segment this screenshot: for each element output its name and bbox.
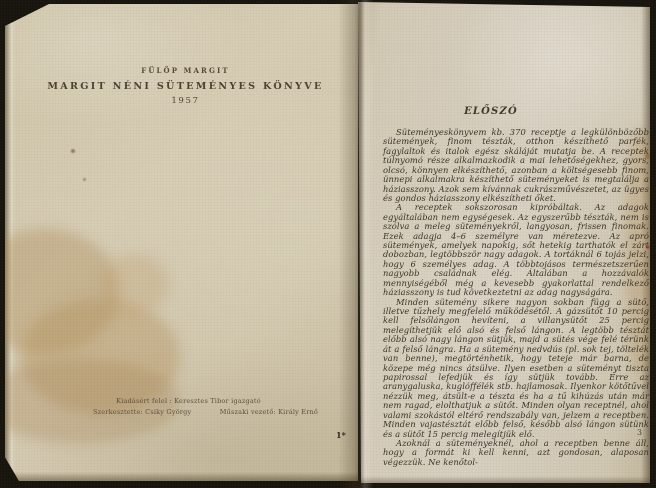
foreword-paragraph: Minden sütemény sikere nagyon sokban füg… [383,298,649,439]
stain-blot [100,254,170,314]
colophon-technical-lead: Műszaki vezető: Király Ernő [220,408,318,416]
colophon-editor: Szerkesztette: Csiky György [93,408,191,416]
left-page: FÜLÖP MARGIT MARGIT NÉNI SÜTEMÉNYES KÖNY… [5,4,358,481]
author-name: FÜLÖP MARGIT [9,66,362,75]
foreword-paragraph: Azoknál a süteményeknél, ahol a receptbe… [383,439,649,467]
stain-blot [0,229,120,354]
book-scan: FÜLÖP MARGIT MARGIT NÉNI SÜTEMÉNYES KÖNY… [0,0,656,488]
foreword-body: Süteményeskönyvem kb. 370 receptje a leg… [383,128,649,467]
signature-mark: 1* [336,430,346,440]
colophon-publisher-line: Kiadásért felel : Keresztes Tibor igazga… [5,397,358,405]
title-block: FÜLÖP MARGIT MARGIT NÉNI SÜTEMÉNYES KÖNY… [9,66,362,106]
foreword-paragraph: Süteményeskönyvem kb. 370 receptje a leg… [383,128,649,203]
foreword-paragraph: A receptek sokszorosan kipróbáltak. Az a… [383,203,649,297]
page-number: 3 [637,428,642,437]
paper-speck [83,178,86,181]
book-title: MARGIT NÉNI SÜTEMÉNYES KÖNYVE [9,81,362,92]
right-page: ELŐSZÓ Süteményeskönyvem kb. 370 receptj… [358,2,650,483]
publication-year: 1957 [9,96,362,106]
foreword-heading: ELŐSZÓ [383,106,599,117]
paper-speck [71,149,75,153]
colophon-credits-row: Szerkesztette: Csiky György Műszaki veze… [5,405,358,416]
colophon: Kiadásért felel : Keresztes Tibor igazga… [5,397,358,416]
